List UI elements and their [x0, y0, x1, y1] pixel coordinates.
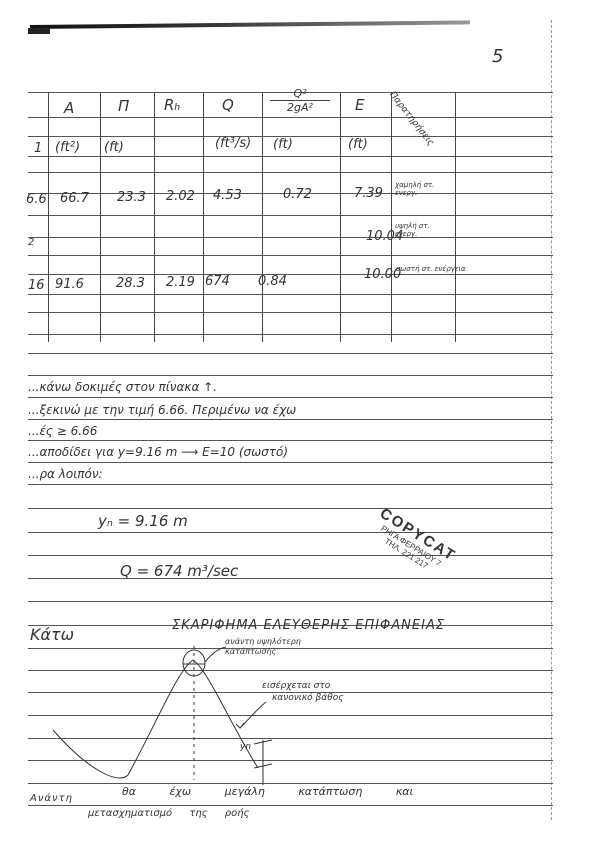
notebook-rule — [28, 555, 553, 556]
unit-perimeter: (ft) — [104, 140, 124, 155]
notebook-rule — [28, 375, 553, 376]
header-hydraulic-radius: Rₕ — [164, 96, 180, 114]
table-vline — [391, 92, 392, 342]
discharge-result: Q = 674 m³/sec — [120, 562, 238, 580]
page-margin-edge — [551, 20, 552, 820]
cell-remarks: σωστή στ. ενέργεια — [396, 265, 466, 273]
unit-area: (ft²) — [55, 140, 80, 155]
notebook-rule — [28, 601, 553, 602]
cell-depth: 6.6 — [26, 192, 47, 207]
table-rule — [28, 215, 553, 216]
note-line-2: ...ξεκινώ με την τιμή 6.66. Περιμένω να … — [28, 403, 296, 417]
cell-velocity-head: 0.72 — [283, 187, 312, 202]
cell-perimeter: 23.3 — [117, 190, 146, 205]
cell-remarks: χαμηλή στ. ενεργ. — [395, 181, 450, 197]
notebook-rule — [28, 440, 553, 441]
cell-energy: 7.39 — [354, 186, 383, 201]
table-vline — [262, 92, 263, 342]
leader-mid — [240, 702, 266, 728]
units-row-label: 1 — [34, 141, 42, 156]
notebook-rule — [28, 419, 553, 420]
note-line-5: ...ρα λοιπόν: — [28, 467, 103, 481]
header-velocity-head: Q² 2gA² — [270, 87, 330, 114]
answer-prefix: Ανάντη — [30, 793, 73, 804]
cell-remarks: υψηλή στ. ενεργ. — [395, 222, 450, 238]
notebook-rule — [28, 353, 553, 354]
cell-velocity-head: 0.84 — [258, 274, 287, 289]
surface-curve — [53, 660, 258, 778]
velocity-head-denominator: 2gA² — [287, 101, 313, 114]
table-vline — [455, 92, 456, 342]
header-energy: E — [355, 96, 364, 114]
header-area: A — [64, 99, 74, 117]
cell-hydraulic-radius: 2.02 — [166, 189, 195, 204]
sketch-title: ΣΚΑΡΙΦΗΜΑ ΕΛΕΥΘΕΡΗΣ ΕΠΙΦΑΝΕΙΑΣ — [172, 618, 445, 633]
note-line-3: ...ές ≥ 6.66 — [28, 424, 97, 438]
notebook-rule — [28, 462, 553, 463]
notebook-rule — [28, 578, 553, 579]
table-rule — [28, 255, 553, 256]
notebook-rule — [28, 484, 553, 485]
table-rule — [28, 294, 553, 295]
table-rule — [28, 312, 553, 313]
leader-top — [205, 647, 226, 662]
scan-top-edge — [30, 20, 470, 29]
table-rule — [28, 117, 553, 118]
header-remarks: Παρατηρήσεις — [387, 90, 435, 148]
velocity-head-numerator: Q² — [270, 87, 330, 101]
table-vline — [48, 92, 49, 342]
header-discharge: Q — [222, 96, 234, 114]
table-vline — [100, 92, 101, 342]
cell-hydraulic-radius: 2.19 — [166, 275, 195, 290]
notebook-rule — [28, 805, 553, 806]
normal-depth-result: yₙ = 9.16 m — [98, 512, 188, 530]
unit-velocity-head: (ft) — [273, 137, 293, 152]
cell-area: 66.7 — [60, 191, 89, 206]
note-line-4: ...αποδίδει για y=9.16 m ⟶ E=10 (σωστό) — [28, 445, 288, 459]
table-rule — [28, 274, 553, 275]
notebook-rule — [28, 508, 553, 509]
scan-blot — [28, 28, 50, 34]
answer-line-1: θα έχω μεγάλη κατάπτωση και — [122, 785, 413, 798]
header-perimeter: Π — [118, 97, 129, 115]
cell-area: 91.6 — [55, 277, 84, 292]
table-rule — [28, 237, 553, 238]
cell-discharge: 674 — [205, 274, 230, 289]
note-line-1: ...κάνω δοκιμές στον πίνακα ↑. — [28, 380, 217, 394]
table-vline — [203, 92, 204, 342]
cell-depth: 16 — [28, 278, 45, 293]
cell-discharge: 4.53 — [213, 188, 242, 203]
table-rule — [28, 334, 553, 335]
answer-line-2: μετασχηματισμό της ροής — [88, 808, 249, 819]
water-surface-sketch — [28, 640, 368, 790]
table-rule — [28, 172, 553, 173]
unit-energy: (ft) — [348, 137, 368, 152]
table-vline — [154, 92, 155, 342]
table-rule — [28, 156, 553, 157]
page-number: 5 — [492, 46, 503, 67]
copyshop-stamp: COPYCAT ΡΗΓΑ ΦΕΡΡΑΙΟΥ 7 ΤΗΛ. 221 217 — [367, 505, 459, 580]
cell-perimeter: 28.3 — [116, 276, 145, 291]
notebook-rule — [28, 397, 553, 398]
table-vline — [340, 92, 341, 342]
cell-depth: 2 — [28, 237, 34, 248]
notebook-rule — [28, 532, 553, 533]
unit-discharge: (ft³/s) — [215, 136, 251, 151]
